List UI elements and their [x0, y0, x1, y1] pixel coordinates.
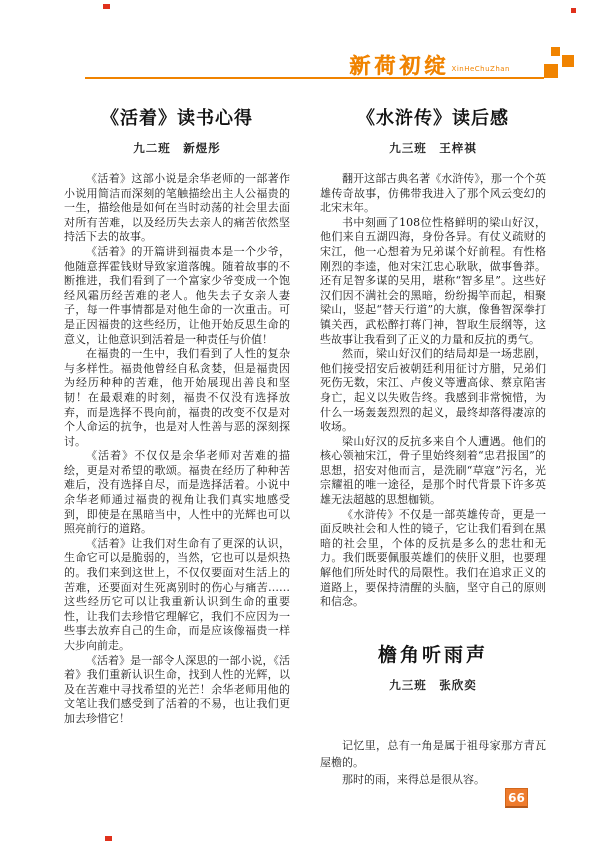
- paragraph: 《活着》让我们对生命有了更深的认识，生命它可以是脆弱的，当然，它也可以是炽热的。…: [64, 537, 290, 654]
- article-title: 《水浒传》读后感: [320, 104, 546, 130]
- article-shuihuzhuan: 《水浒传》读后感 九三班 王梓祺 翻开这部古典名著《水浒传》，那一个个英雄传奇故…: [320, 104, 546, 610]
- paragraph: 记忆里，总有一角是属于祖母家那方青瓦屋檐的。: [320, 737, 546, 771]
- article-byline: 九三班 张欣奕: [320, 677, 546, 693]
- pixel-block: [544, 64, 558, 78]
- paragraph: 在福贵的一生中，我们看到了人性的复杂与多样性。福贵他曾经自私贪婪，但是福贵因为经…: [64, 347, 290, 449]
- article-title: 檐角听雨声: [320, 640, 546, 667]
- article-byline: 九三班 王梓祺: [320, 140, 546, 156]
- masthead: 新荷初绽XinHeChuZhan: [85, 50, 544, 79]
- paragraph: 书中刻画了108位性格鲜明的梁山好汉，他们来自五湖四海，身份各异。有仗义疏财的宋…: [320, 216, 546, 347]
- right-column: 《水浒传》读后感 九三班 王梓祺 翻开这部古典名著《水浒传》，那一个个英雄传奇故…: [320, 98, 546, 788]
- paragraph: 《活着》是一部令人深思的一部小说，《活着》我们重新认识生命，找到人性的光辉，以及…: [64, 654, 290, 727]
- article-yanjiao-tingyusheng: 檐角听雨声 九三班 张欣奕 记忆里，总有一角是属于祖母家那方青瓦屋檐的。 那时的…: [320, 640, 546, 788]
- article-byline: 九二班 新煜彤: [64, 140, 290, 156]
- pixel-block: [562, 55, 574, 67]
- registration-mark-top-right: [571, 8, 576, 13]
- paragraph: 《活着》这部小说是余华老师的一部著作小说用简洁而深刻的笔触描绘出主人公福贵的一生…: [64, 172, 290, 245]
- article-body: 记忆里，总有一角是属于祖母家那方青瓦屋檐的。 那时的雨，来得总是很从容。: [320, 737, 546, 788]
- paragraph: 《水浒传》不仅是一部英雄传奇，更是一面反映社会和人性的镜子，它让我们看到在黑暗的…: [320, 508, 546, 610]
- article-body: 翻开这部古典名著《水浒传》，那一个个英雄传奇故事，仿佛带我进入了那个风云变幻的北…: [320, 172, 546, 610]
- magazine-title: 新荷初绽: [350, 54, 450, 78]
- paragraph: 《活着》不仅仅是余华老师对苦难的描绘，更是对希望的歌颂。福贵在经历了种种苦难后，…: [64, 449, 290, 537]
- paragraph: 然而，梁山好汉们的结局却是一场悲剧，他们接受招安后被朝廷利用征讨方腊，兄弟们死伤…: [320, 347, 546, 435]
- page-number-badge: 66: [505, 788, 528, 808]
- registration-mark-top-left: [103, 4, 110, 9]
- article-huozhe: 《活着》读书心得 九二班 新煜彤 《活着》这部小说是余华老师的一部著作小说用简洁…: [64, 104, 290, 727]
- paragraph: 《活着》的开篇讲到福贵本是一个少爷，他随意挥霍钱财导致家道落魄。随着故事的不断推…: [64, 245, 290, 347]
- pixel-blocks-icon: [536, 47, 578, 87]
- registration-mark-bottom-left: [105, 836, 112, 841]
- magazine-subtitle: XinHeChuZhan: [452, 65, 510, 73]
- paragraph: 翻开这部古典名著《水浒传》，那一个个英雄传奇故事，仿佛带我进入了那个风云变幻的北…: [320, 172, 546, 216]
- paragraph: 梁山好汉的反抗多来自个人遭遇。他们的核心领袖宋江，骨子里始终刻着“忠君报国”的思…: [320, 435, 546, 508]
- article-body: 《活着》这部小说是余华老师的一部著作小说用简洁而深刻的笔触描绘出主人公福贵的一生…: [64, 172, 290, 727]
- left-column: 《活着》读书心得 九二班 新煜彤 《活着》这部小说是余华老师的一部著作小说用简洁…: [64, 98, 290, 727]
- article-title: 《活着》读书心得: [64, 104, 290, 130]
- paragraph: 那时的雨，来得总是很从容。: [320, 771, 546, 788]
- pixel-block: [551, 47, 560, 56]
